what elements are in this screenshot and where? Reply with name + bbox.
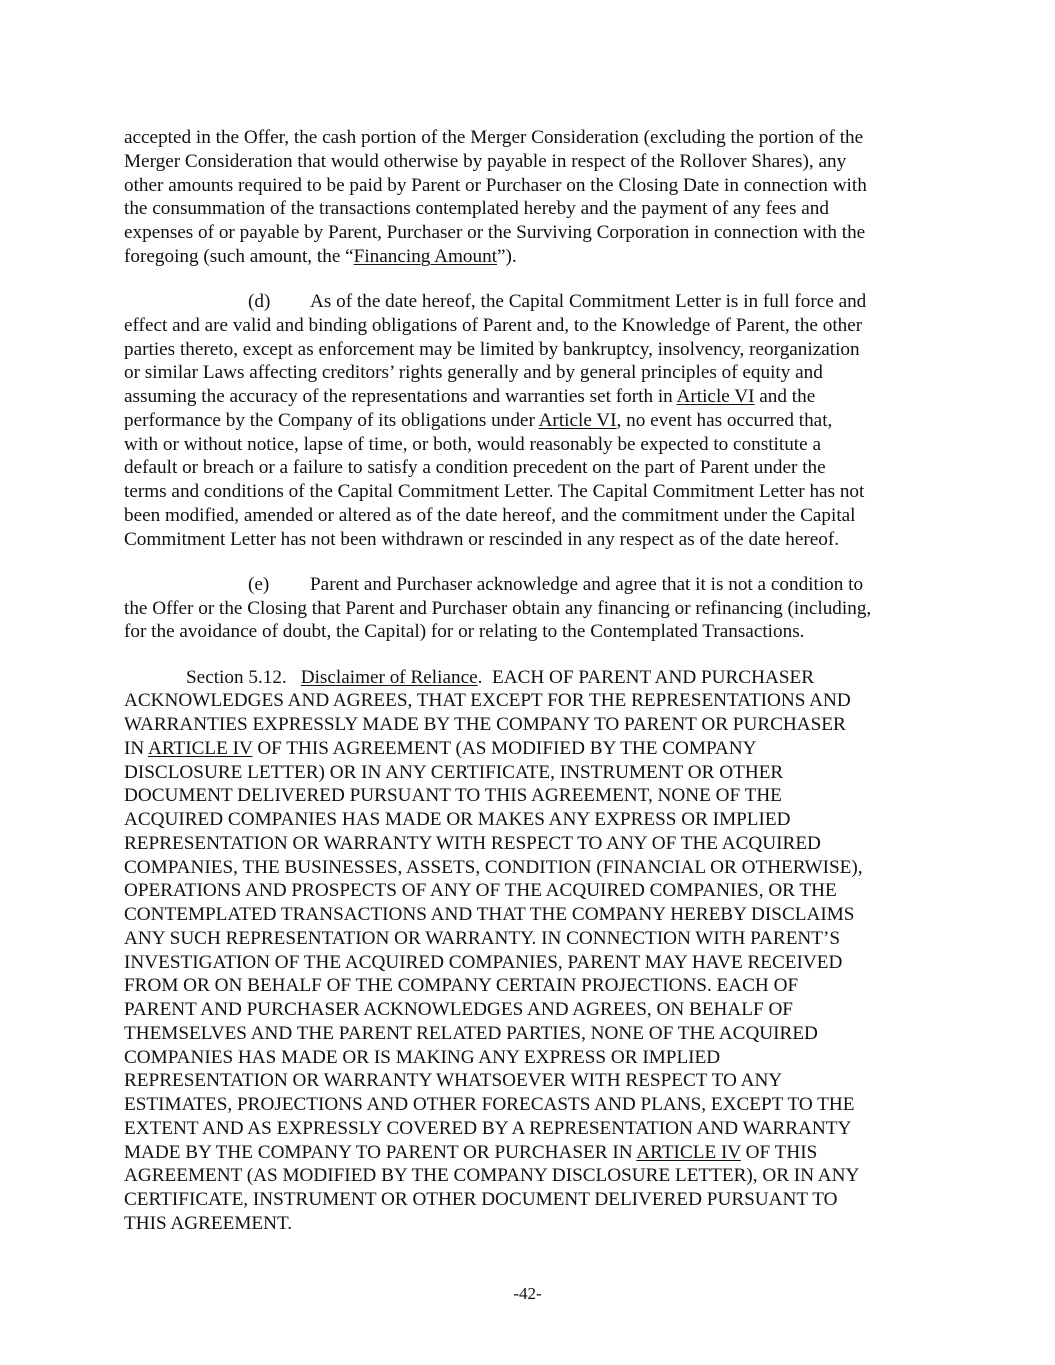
text-fragment: ”). xyxy=(497,246,517,267)
text-line: REPRESENTATION OR WARRANTY WHATSOEVER WI… xyxy=(124,1069,944,1093)
text-line: CONTEMPLATED TRANSACTIONS AND THAT THE C… xyxy=(124,903,944,927)
paragraph-spacer xyxy=(124,551,944,573)
text-line: terms and conditions of the Capital Comm… xyxy=(124,480,944,504)
text-line: accepted in the Offer, the cash portion … xyxy=(124,126,944,150)
text-line: WARRANTIES EXPRESSLY MADE BY THE COMPANY… xyxy=(124,713,944,737)
text-fragment: foregoing (such amount, the “ xyxy=(124,246,354,267)
section-title: Disclaimer of Reliance xyxy=(301,667,478,688)
text-line: PARENT AND PURCHASER ACKNOWLEDGES AND AG… xyxy=(124,998,944,1022)
text-line: expenses of or payable by Parent, Purcha… xyxy=(124,221,944,245)
text-line: with or without notice, lapse of time, o… xyxy=(124,433,944,457)
text-line: performance by the Company of its obliga… xyxy=(124,409,944,433)
text-fragment: IN xyxy=(124,738,148,759)
cross-reference-article-iv[interactable]: ARTICLE IV xyxy=(148,738,253,759)
text-line: the Offer or the Closing that Parent and… xyxy=(124,597,944,621)
text-line: been modified, amended or altered as of … xyxy=(124,504,944,528)
section-number: Section 5.12. xyxy=(186,667,287,688)
paragraph-e: (e)Parent and Purchaser acknowledge and … xyxy=(124,573,944,644)
paragraph-spacer xyxy=(124,644,944,666)
page-number: -42- xyxy=(0,1284,1055,1304)
text-line: or similar Laws affecting creditors’ rig… xyxy=(124,361,944,385)
text-line: THIS AGREEMENT. xyxy=(124,1212,944,1236)
text-line: DOCUMENT DELIVERED PURSUANT TO THIS AGRE… xyxy=(124,784,944,808)
text-line: ACQUIRED COMPANIES HAS MADE OR MAKES ANY… xyxy=(124,808,944,832)
text-line: for the avoidance of doubt, the Capital)… xyxy=(124,620,944,644)
paragraph-spacer xyxy=(124,269,944,291)
text-line: the consummation of the transactions con… xyxy=(124,197,944,221)
paragraph-label: (e) xyxy=(248,573,310,597)
text-line: Commitment Letter has not been withdrawn… xyxy=(124,528,944,552)
text-line: ANY SUCH REPRESENTATION OR WARRANTY. IN … xyxy=(124,927,944,951)
text-fragment: OF THIS xyxy=(741,1142,817,1163)
paragraph-c-continuation: accepted in the Offer, the cash portion … xyxy=(124,126,944,269)
text-line: parties thereto, except as enforcement m… xyxy=(124,338,944,362)
text-fragment: performance by the Company of its obliga… xyxy=(124,410,539,431)
text-fragment: MADE BY THE COMPANY TO PARENT OR PURCHAS… xyxy=(124,1142,636,1163)
text-fragment: OF THIS AGREEMENT (AS MODIFIED BY THE CO… xyxy=(253,738,757,759)
text-line: Section 5.12.Disclaimer of Reliance. EAC… xyxy=(124,666,944,690)
text-line: REPRESENTATION OR WARRANTY WITH RESPECT … xyxy=(124,832,944,856)
text-line: (e)Parent and Purchaser acknowledge and … xyxy=(124,573,944,597)
text-fragment: EACH OF PARENT AND PURCHASER xyxy=(482,667,814,688)
text-line: COMPANIES HAS MADE OR IS MAKING ANY EXPR… xyxy=(124,1046,944,1070)
text-fragment: , no event has occurred that, xyxy=(617,410,833,431)
cross-reference-article-vi[interactable]: Article VI xyxy=(677,386,755,407)
text-fragment: and the xyxy=(754,386,815,407)
cross-reference-article-vi[interactable]: Article VI xyxy=(539,410,617,431)
text-line: OPERATIONS AND PROSPECTS OF ANY OF THE A… xyxy=(124,879,944,903)
paragraph-label: (d) xyxy=(248,290,310,314)
text-line: assuming the accuracy of the representat… xyxy=(124,385,944,409)
text-line: other amounts required to be paid by Par… xyxy=(124,174,944,198)
text-line: COMPANIES, THE BUSINESSES, ASSETS, CONDI… xyxy=(124,856,944,880)
text-line: AGREEMENT (AS MODIFIED BY THE COMPANY DI… xyxy=(124,1164,944,1188)
text-line: INVESTIGATION OF THE ACQUIRED COMPANIES,… xyxy=(124,951,944,975)
text-line: Merger Consideration that would otherwis… xyxy=(124,150,944,174)
text-line: DISCLOSURE LETTER) OR IN ANY CERTIFICATE… xyxy=(124,761,944,785)
section-5-12-disclaimer-of-reliance: Section 5.12.Disclaimer of Reliance. EAC… xyxy=(124,666,944,1236)
text-line: IN ARTICLE IV OF THIS AGREEMENT (AS MODI… xyxy=(124,737,944,761)
text-line: MADE BY THE COMPANY TO PARENT OR PURCHAS… xyxy=(124,1141,944,1165)
cross-reference-article-iv[interactable]: ARTICLE IV xyxy=(636,1142,741,1163)
paragraph-d: (d)As of the date hereof, the Capital Co… xyxy=(124,290,944,551)
text-line: (d)As of the date hereof, the Capital Co… xyxy=(124,290,944,314)
text-line: default or breach or a failure to satisf… xyxy=(124,456,944,480)
text-line: foregoing (such amount, the “Financing A… xyxy=(124,245,944,269)
text-line: CERTIFICATE, INSTRUMENT OR OTHER DOCUMEN… xyxy=(124,1188,944,1212)
text-line: ESTIMATES, PROJECTIONS AND OTHER FORECAS… xyxy=(124,1093,944,1117)
text-line: ACKNOWLEDGES AND AGREES, THAT EXCEPT FOR… xyxy=(124,689,944,713)
text-line: THEMSELVES AND THE PARENT RELATED PARTIE… xyxy=(124,1022,944,1046)
text-line: effect and are valid and binding obligat… xyxy=(124,314,944,338)
text-fragment: assuming the accuracy of the representat… xyxy=(124,386,677,407)
text-line: EXTENT AND AS EXPRESSLY COVERED BY A REP… xyxy=(124,1117,944,1141)
defined-term-financing-amount: Financing Amount xyxy=(354,246,497,267)
text-line: FROM OR ON BEHALF OF THE COMPANY CERTAIN… xyxy=(124,974,944,998)
text-fragment: Parent and Purchaser acknowledge and agr… xyxy=(310,574,863,595)
text-fragment: As of the date hereof, the Capital Commi… xyxy=(310,291,866,312)
document-page: accepted in the Offer, the cash portion … xyxy=(124,126,944,1236)
